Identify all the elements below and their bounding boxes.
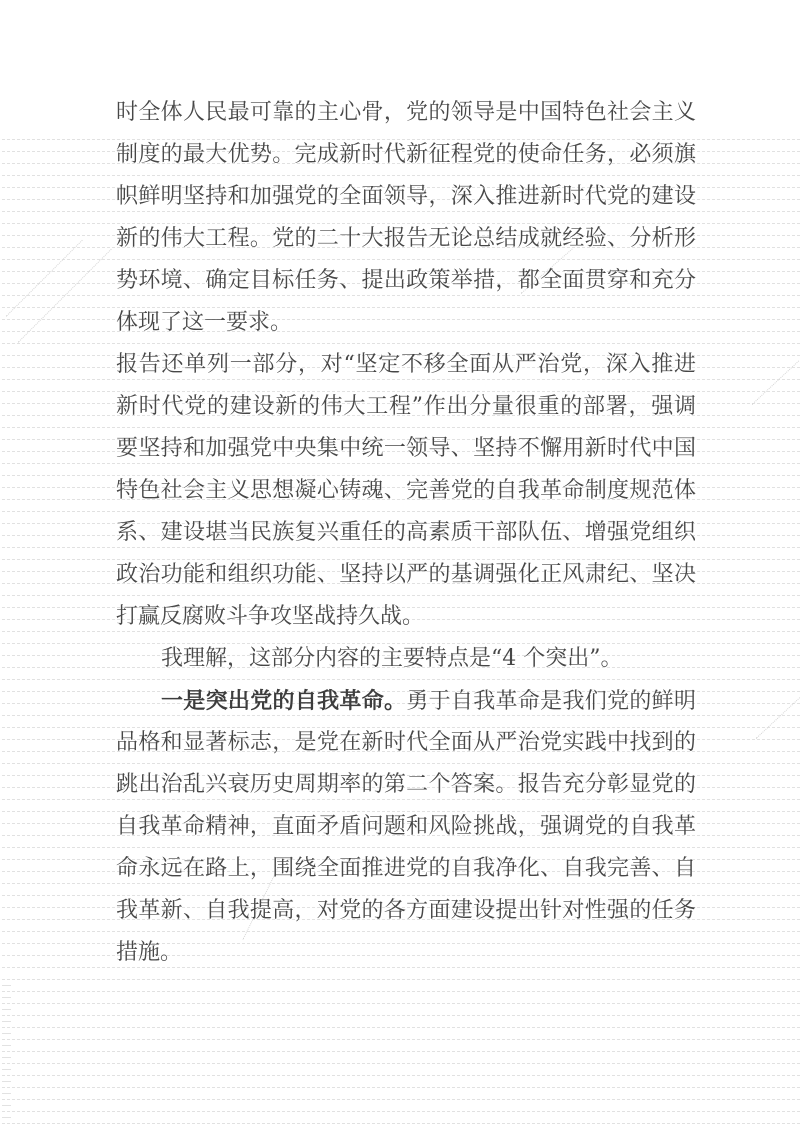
text-line: 品格和显著标志，是党在新时代全面从严治党实践中找到的 xyxy=(116,722,696,764)
document-page: 时全体人民最可靠的主心骨，党的领导是中国特色社会主义 制度的最大优势。完成新时代… xyxy=(0,0,800,1131)
text-line: 报告还单列一部分，对“坚定不移全面从严治党，深入推进 xyxy=(116,344,696,386)
text-line: 系、建设堪当民族复兴重任的高素质干部队伍、增强党组织 xyxy=(116,512,696,554)
text-line: 帜鲜明坚持和加强党的全面领导，深入推进新时代党的建设 xyxy=(116,176,696,218)
text-line: 一是突出党的自我革命。勇于自我革命是我们党的鲜明 xyxy=(116,680,696,722)
left-edge-tick-marks xyxy=(2,985,11,1127)
text-line: 我革新、自我提高，对党的各方面建设提出针对性强的任务 xyxy=(116,890,696,932)
document-body: 时全体人民最可靠的主心骨，党的领导是中国特色社会主义 制度的最大优势。完成新时代… xyxy=(116,92,696,974)
text-line: 我理解，这部分内容的主要特点是“4 个突出”。 xyxy=(116,638,696,680)
text-line: 打赢反腐败斗争攻坚战持久战。 xyxy=(116,596,696,638)
text-line: 新的伟大工程。党的二十大报告无论总结成就经验、分析形 xyxy=(116,218,696,260)
text-line: 措施。 xyxy=(116,932,696,974)
text-line: 自我革命精神，直面矛盾问题和风险挑战，强调党的自我革 xyxy=(116,806,696,848)
text-line: 政治功能和组织功能、坚持以严的基调强化正风肃纪、坚决 xyxy=(116,554,696,596)
text-line: 时全体人民最可靠的主心骨，党的领导是中国特色社会主义 xyxy=(116,92,696,134)
text-line: 体现了这一要求。 xyxy=(116,302,696,344)
text-line: 要坚持和加强党中央集中统一领导、坚持不懈用新时代中国 xyxy=(116,428,696,470)
text-line: 跳出治乱兴衰历史周期率的第二个答案。报告充分彰显党的 xyxy=(116,764,696,806)
text-line: 命永远在路上，围绕全面推进党的自我净化、自我完善、自 xyxy=(116,848,696,890)
text-line: 新时代党的建设新的伟大工程”作出分量很重的部署，强调 xyxy=(116,386,696,428)
text-line: 制度的最大优势。完成新时代新征程党的使命任务，必须旗 xyxy=(116,134,696,176)
line-text: 勇于自我革命是我们党的鲜明 xyxy=(406,689,696,714)
text-line: 特色社会主义思想凝心铸魂、完善党的自我革命制度规范体 xyxy=(116,470,696,512)
bold-lead-phrase: 一是突出党的自我革命。 xyxy=(161,688,406,714)
text-line: 势环境、确定目标任务、提出政策举措，都全面贯穿和充分 xyxy=(116,260,696,302)
